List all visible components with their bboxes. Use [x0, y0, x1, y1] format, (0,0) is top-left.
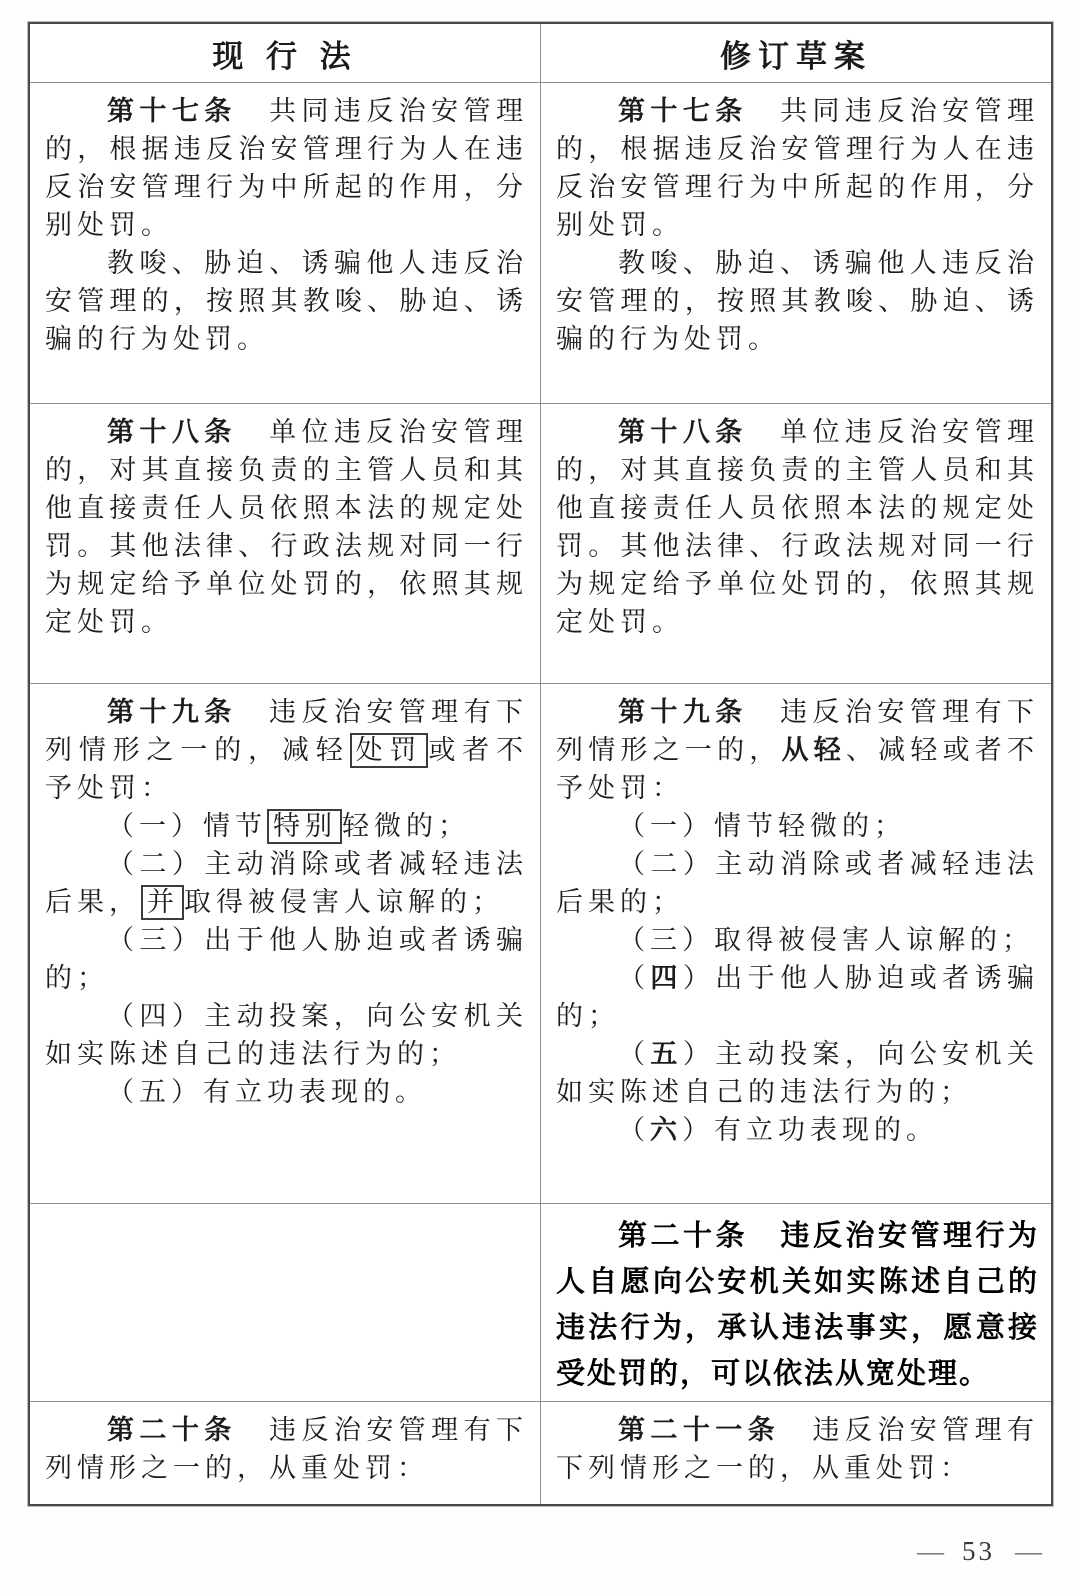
cell-article-18-revised-draft: 第十八条 单位违反治安管理的，对其直接负责的主管人员和其他直接责任人员依照本法的… — [541, 404, 1053, 684]
cell-article-19-revised-draft: 第十九条 违反治安管理有下列情形之一的，从轻、减轻或者不予处罚：（一）情节轻微的… — [541, 684, 1053, 1204]
law-paragraph: （二）主动消除或者减轻违法后果，并取得被侵害人谅解的； — [45, 845, 528, 921]
law-text: 单位违反治安管理的，对其直接负责的主管人员和其他直接责任人员依照本法的规定处罚。… — [556, 417, 1039, 637]
article-number-text: 四 — [650, 963, 682, 993]
law-text: 教唆、胁迫、诱骗他人违反治安管理的，按照其教唆、胁迫、诱骗的行为处罚。 — [45, 248, 528, 354]
law-paragraph: （三）取得被侵害人谅解的； — [556, 921, 1039, 959]
law-text: （ — [618, 1115, 650, 1145]
law-text: ）有立功表现的。 — [682, 1115, 938, 1145]
article-number-text: 第十八条 — [107, 417, 237, 447]
boxed-deleted-text: 处罚 — [350, 733, 429, 768]
law-paragraph: （一）情节轻微的； — [556, 807, 1039, 845]
table-row-article-18: 第十八条 单位违反治安管理的，对其直接负责的主管人员和其他直接责任人员依照本法的… — [29, 404, 1052, 684]
article-number-text: 五 — [650, 1039, 682, 1069]
article-number-text: 第十九条 — [618, 697, 748, 727]
law-paragraph: （三）出于他人胁迫或者诱骗的； — [45, 921, 528, 997]
law-paragraph: （四）出于他人胁迫或者诱骗的； — [556, 959, 1039, 1035]
article-number-text: 第十八条 — [618, 417, 748, 447]
article-number-text: 第十七条 — [107, 96, 237, 126]
cell-article-18-current-law: 第十八条 单位违反治安管理的，对其直接负责的主管人员和其他直接责任人员依照本法的… — [29, 404, 541, 684]
law-paragraph: （五）有立功表现的。 — [45, 1073, 528, 1111]
article-number-text: 第十九条 — [107, 697, 237, 727]
article-number-text: 第十七条 — [618, 96, 748, 126]
article-number-text: 六 — [650, 1115, 682, 1145]
cell-article-17-current-law: 第十七条 共同违反治安管理的，根据违反治安管理行为人在违反治安管理行为中所起的作… — [29, 83, 541, 404]
law-text: （一）情节 — [107, 811, 267, 841]
table-row-article-17: 第十七条 共同违反治安管理的，根据违反治安管理行为人在违反治安管理行为中所起的作… — [29, 83, 1052, 404]
article-number-text: 第二十一条 — [618, 1415, 780, 1445]
boxed-deleted-text: 特别 — [267, 809, 342, 844]
law-paragraph: （六）有立功表现的。 — [556, 1111, 1039, 1149]
law-paragraph: 第二十一条 违反治安管理有下列情形之一的，从重处罚： — [556, 1411, 1039, 1487]
cell-article-20-21-current-law: 第二十条 违反治安管理有下列情形之一的，从重处罚： — [29, 1402, 541, 1505]
table-row-article-19: 第十九条 违反治安管理有下列情形之一的，减轻处罚或者不予处罚：（一）情节特别轻微… — [29, 684, 1052, 1204]
table-row-article-20-new: 第二十条 违反治安管理行为人自愿向公安机关如实陈述自己的违法行为，承认违法事实，… — [29, 1204, 1052, 1402]
law-text: （三）取得被侵害人谅解的； — [618, 925, 1034, 955]
law-text: （ — [618, 1039, 650, 1069]
article-number-text: 从轻 — [782, 735, 846, 765]
cell-article-19-current-law: 第十九条 违反治安管理有下列情形之一的，减轻处罚或者不予处罚：（一）情节特别轻微… — [29, 684, 541, 1204]
law-paragraph: （五）主动投案，向公安机关如实陈述自己的违法行为的； — [556, 1035, 1039, 1111]
document-page: 现 行 法 修订草案 第十七条 共同违反治安管理的，根据违反治安管理行为人在违反… — [0, 0, 1080, 1596]
law-paragraph: 教唆、胁迫、诱骗他人违反治安管理的，按照其教唆、胁迫、诱骗的行为处罚。 — [45, 244, 528, 358]
law-text: 教唆、胁迫、诱骗他人违反治安管理的，按照其教唆、胁迫、诱骗的行为处罚。 — [556, 248, 1039, 354]
column-header-revised-draft: 修订草案 — [541, 23, 1053, 83]
comparison-table-body: 第十七条 共同违反治安管理的，根据违反治安管理行为人在违反治安管理行为中所起的作… — [29, 83, 1052, 1505]
cell-article-17-revised-draft: 第十七条 共同违反治安管理的，根据违反治安管理行为人在违反治安管理行为中所起的作… — [541, 83, 1053, 404]
article-number-text: 第二十条 — [618, 1220, 748, 1252]
law-text: 单位违反治安管理的，对其直接负责的主管人员和其他直接责任人员依照本法的规定处罚。… — [45, 417, 528, 637]
law-paragraph: （二）主动消除或者减轻违法后果的； — [556, 845, 1039, 921]
cell-article-20-new-revised-draft: 第二十条 违反治安管理行为人自愿向公安机关如实陈述自己的违法行为，承认违法事实，… — [541, 1204, 1053, 1402]
law-text: （一）情节轻微的； — [618, 811, 906, 841]
law-paragraph: 第十九条 违反治安管理有下列情形之一的，减轻处罚或者不予处罚： — [45, 693, 528, 807]
law-paragraph: （四）主动投案，向公安机关如实陈述自己的违法行为的； — [45, 997, 528, 1073]
law-text: （四）主动投案，向公安机关如实陈述自己的违法行为的； — [45, 1001, 528, 1069]
table-row-article-20-21: 第二十条 违反治安管理有下列情形之一的，从重处罚：第二十一条 违反治安管理有下列… — [29, 1402, 1052, 1505]
law-text: （二）主动消除或者减轻违法后果的； — [556, 849, 1039, 917]
column-header-current-law: 现 行 法 — [29, 23, 541, 83]
law-paragraph: 第十八条 单位违反治安管理的，对其直接负责的主管人员和其他直接责任人员依照本法的… — [45, 413, 528, 641]
law-paragraph: （一）情节特别轻微的； — [45, 807, 528, 845]
law-comparison-table: 现 行 法 修订草案 第十七条 共同违反治安管理的，根据违反治安管理行为人在违反… — [28, 22, 1053, 1506]
law-text: （ — [618, 963, 650, 993]
table-header-row: 现 行 法 修订草案 — [29, 23, 1052, 83]
footer-dash-left: — — [917, 1536, 942, 1567]
boxed-deleted-text: 并 — [141, 885, 184, 920]
law-paragraph: 第十九条 违反治安管理有下列情形之一的，从轻、减轻或者不予处罚： — [556, 693, 1039, 807]
page-footer: — 53 — — [917, 1536, 1040, 1567]
law-paragraph: 第二十条 违反治安管理行为人自愿向公安机关如实陈述自己的违法行为，承认违法事实，… — [556, 1213, 1039, 1397]
law-text: （三）出于他人胁迫或者诱骗的； — [45, 925, 528, 993]
law-paragraph: 第二十条 违反治安管理有下列情形之一的，从重处罚： — [45, 1411, 528, 1487]
law-paragraph: 第十八条 单位违反治安管理的，对其直接负责的主管人员和其他直接责任人员依照本法的… — [556, 413, 1039, 641]
article-number-text: 第二十条 — [107, 1415, 237, 1445]
cell-article-20-new-current-law — [29, 1204, 541, 1402]
law-paragraph: 第十七条 共同违反治安管理的，根据违反治安管理行为人在违反治安管理行为中所起的作… — [556, 92, 1039, 244]
law-paragraph: 第十七条 共同违反治安管理的，根据违反治安管理行为人在违反治安管理行为中所起的作… — [45, 92, 528, 244]
law-text: （五）有立功表现的。 — [107, 1077, 427, 1107]
footer-dash-right: — — [1015, 1536, 1040, 1567]
law-text: 轻微的； — [342, 811, 470, 841]
cell-article-20-21-revised-draft: 第二十一条 违反治安管理有下列情形之一的，从重处罚： — [541, 1402, 1053, 1505]
law-paragraph: 教唆、胁迫、诱骗他人违反治安管理的，按照其教唆、胁迫、诱骗的行为处罚。 — [556, 244, 1039, 358]
law-text: 取得被侵害人谅解的； — [184, 887, 504, 917]
page-number: 53 — [962, 1536, 995, 1567]
